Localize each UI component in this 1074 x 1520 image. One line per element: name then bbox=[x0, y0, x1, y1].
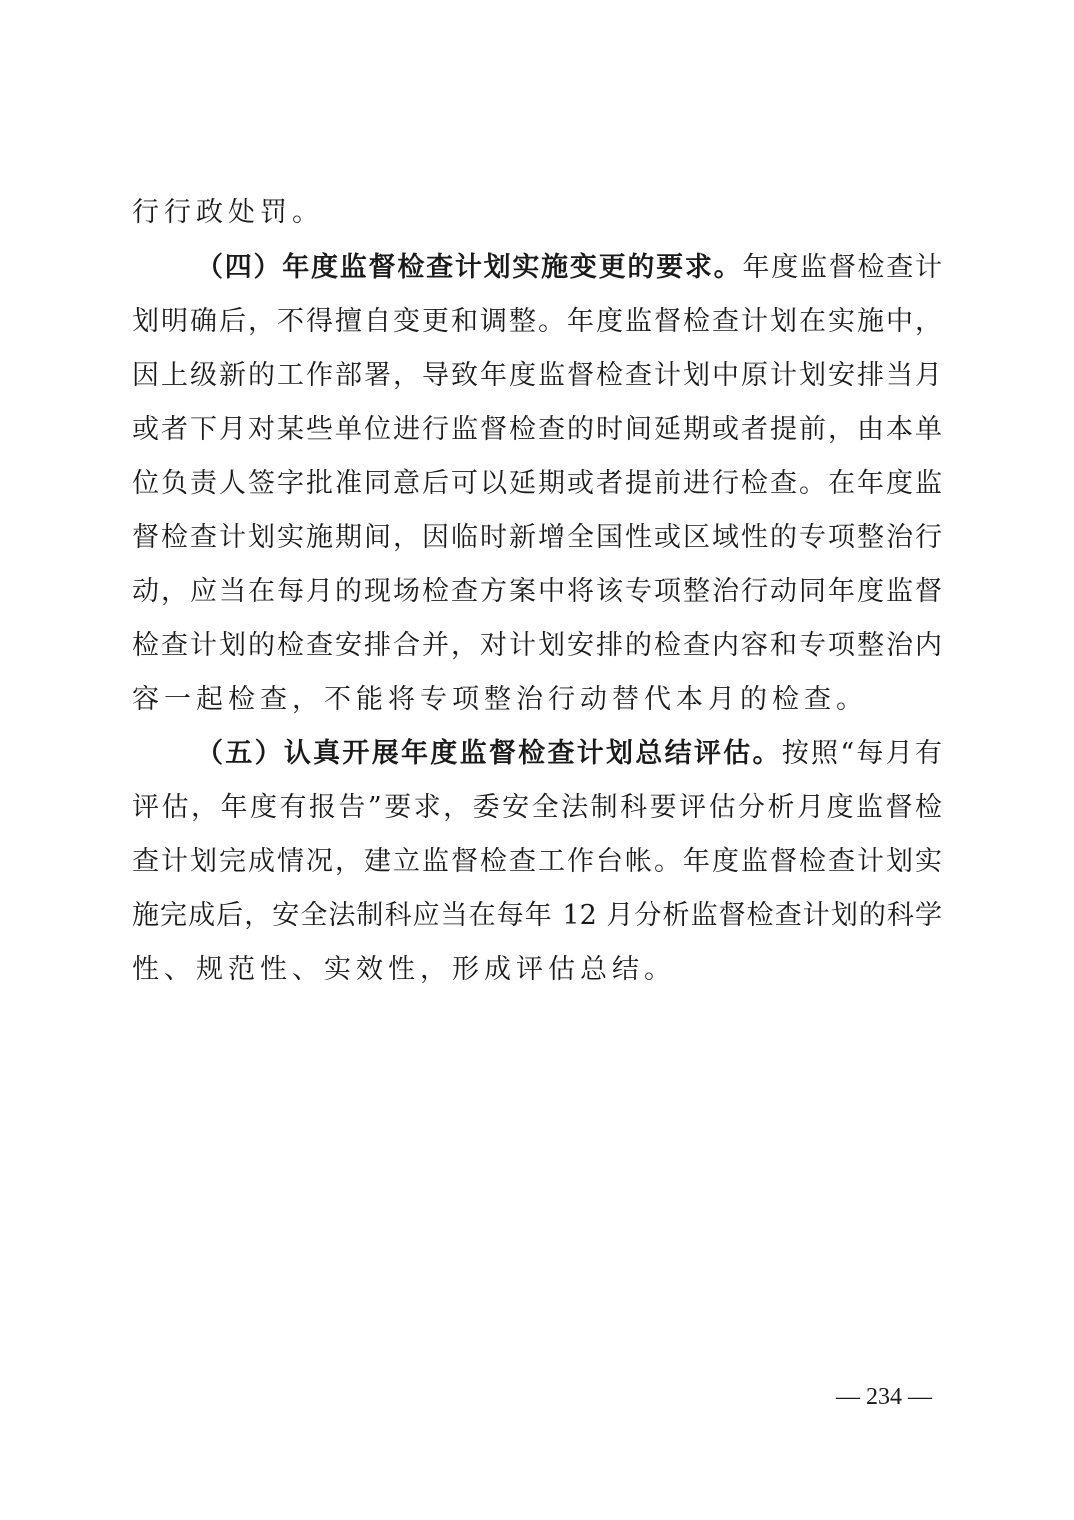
paragraph-continuation-line: 行行政处罚。 bbox=[132, 184, 942, 241]
section-5-first-line: （五）认真开展年度监督检查计划总结评估。按照“每月有 bbox=[132, 727, 942, 781]
section-4-line: 因上级新的工作部署，导致年度监督检查计划中原计划安排当月 bbox=[132, 349, 942, 403]
section-5-line: 查计划完成情况，建立监督检查工作台帐。年度监督检查计划实 bbox=[132, 835, 942, 889]
document-body: 行行政处罚。 （四）年度监督检查计划实施变更的要求。年度监督检查计 划明确后，不… bbox=[132, 184, 942, 997]
section-5-line: 施完成后，安全法制科应当在每年 12 月分析监督检查计划的科学 bbox=[132, 889, 942, 943]
section-4-first-line: （四）年度监督检查计划实施变更的要求。年度监督检查计 bbox=[132, 241, 942, 295]
section-4-line-text: 年度监督检查计 bbox=[742, 252, 942, 283]
section-4-line: 检查计划的检查安排合并，对计划安排的检查内容和专项整治内 bbox=[132, 619, 942, 673]
section-5-heading: （五）认真开展年度监督检查计划总结评估。 bbox=[196, 738, 782, 769]
section-4-line: 位负责人签字批准同意后可以延期或者提前进行检查。在年度监 bbox=[132, 457, 942, 511]
section-4-line: 划明确后，不得擅自变更和调整。年度监督检查计划在实施中， bbox=[132, 295, 942, 349]
section-4-line: 或者下月对某些单位进行监督检查的时间延期或者提前，由本单 bbox=[132, 403, 942, 457]
document-page: 行行政处罚。 （四）年度监督检查计划实施变更的要求。年度监督检查计 划明确后，不… bbox=[0, 0, 1074, 1520]
section-4-last-line: 容一起检查，不能将专项整治行动替代本月的检查。 bbox=[132, 673, 942, 727]
section-5-last-line: 性、规范性、实效性，形成评估总结。 bbox=[132, 943, 942, 997]
section-4-heading: （四）年度监督检查计划实施变更的要求。 bbox=[196, 252, 742, 283]
section-5-line-text: 按照“每月有 bbox=[782, 738, 942, 769]
section-4-line: 动，应当在每月的现场检查方案中将该专项整治行动同年度监督 bbox=[132, 565, 942, 619]
section-5-line: 评估，年度有报告”要求，委安全法制科要评估分析月度监督检 bbox=[132, 781, 942, 835]
page-number: — 234 — bbox=[836, 1384, 956, 1411]
section-4-line: 督检查计划实施期间，因临时新增全国性或区域性的专项整治行 bbox=[132, 511, 942, 565]
